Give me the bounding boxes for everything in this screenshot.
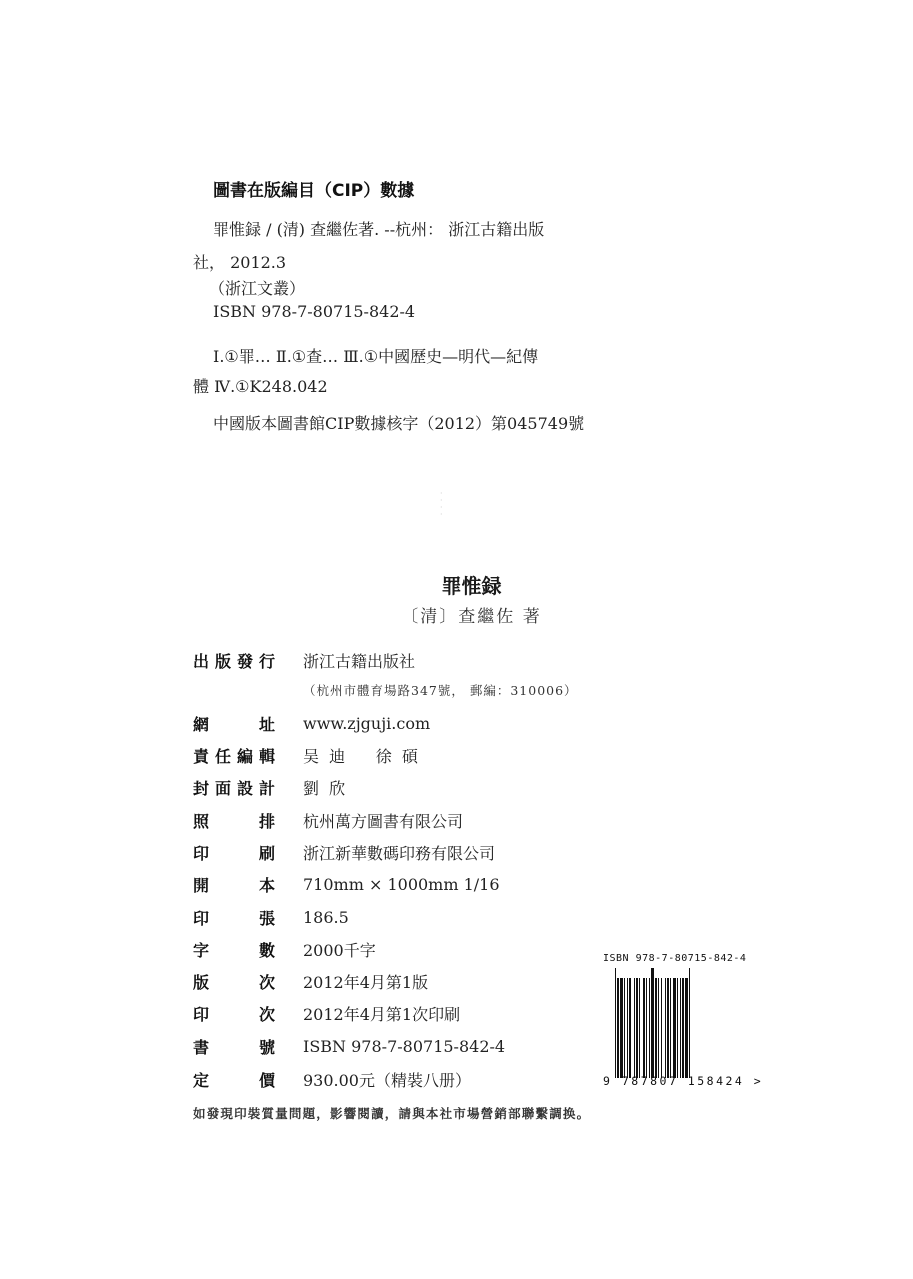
colophon-row: 印張186.5 [193,905,349,929]
cip-line: （浙江文叢） [209,276,305,299]
barcode-digits: 9 787807 158424 > [603,1074,768,1088]
row-label: 印次 [193,1002,275,1025]
row-label: 印刷 [193,841,275,864]
row-value: 930.00元（精裝八册） [303,1068,471,1091]
row-label: 定價 [193,1068,275,1091]
quality-notice: 如發現印裝質量問題，影響閱讀，請與本社市場營銷部聯繫調换。 [193,1104,590,1122]
row-label: 封面設計 [193,776,275,799]
row-value: 杭州萬方圖書有限公司 [303,809,463,832]
row-value: 浙江新華數碼印務有限公司 [303,841,495,864]
isbn-barcode: ISBN 978-7-80715-842-4 9 787807 158424 > [603,953,768,1088]
colophon-row: 印次2012年4月第1次印刷 [193,1001,460,1025]
row-value: 吴 迪 徐 碩 [303,744,418,767]
row-label: 版次 [193,970,275,993]
colophon-row: 照排杭州萬方圖書有限公司 [193,808,463,832]
row-value: 710mm × 1000mm 1/16 [303,875,500,894]
row-value: ISBN 978-7-80715-842-4 [303,1037,505,1056]
row-value: www.zjguji.com [303,714,430,733]
row-label: 書號 [193,1035,275,1058]
row-label: 責任編輯 [193,744,275,767]
book-title: 罪惟録 [0,570,913,599]
row-label: 開本 [193,873,275,896]
row-label: 網址 [193,712,275,735]
publisher-address: （杭州市體育場路347號， 郵編：310006） [303,681,578,699]
row-value: 186.5 [303,908,349,927]
colophon-row: 定價930.00元（精裝八册） [193,1067,471,1091]
cip-line: 社， 2012.3 [193,250,286,273]
cip-line: 體 Ⅳ.①K248.042 [193,374,328,397]
colophon-row: 字數2000千字 [193,937,376,961]
barcode-bars [603,968,768,1078]
cip-heading: 圖書在版編目（CIP）數據 [213,176,414,201]
colophon-row: 責任編輯吴 迪 徐 碩 [193,743,418,767]
colophon-row: 封面設計劉 欣 [193,775,345,799]
row-value: 2012年4月第1版 [303,970,428,993]
row-value: 2012年4月第1次印刷 [303,1002,460,1025]
cip-line: 罪惟録 / (清) 查繼佐著. --杭州： 浙江古籍出版 [213,217,544,240]
cip-line: 中國版本圖書館CIP數據核字（2012）第045749號 [213,411,584,434]
row-value: 劉 欣 [303,776,345,799]
cip-line: ISBN 978-7-80715-842-4 [213,302,415,321]
colophon-row: 開本710mm × 1000mm 1/16 [193,872,500,896]
colophon-row: 印刷浙江新華數碼印務有限公司 [193,840,495,864]
row-value: 2000千字 [303,938,376,961]
row-label: 出版發行 [193,649,275,672]
colophon-row: 書號ISBN 978-7-80715-842-4 [193,1034,505,1058]
cip-line: Ⅰ.①罪… Ⅱ.①查… Ⅲ.①中國歷史—明代—紀傳 [213,344,538,367]
book-author: 〔清〕查繼佐 著 [0,602,913,627]
row-label: 字數 [193,938,275,961]
row-label: 照排 [193,809,275,832]
colophon-row-publisher: 出版發行 浙江古籍出版社 [193,648,415,672]
colophon-row: 版次2012年4月第1版 [193,969,428,993]
row-value: 浙江古籍出版社 [303,649,415,672]
colophon-row: 網址www.zjguji.com [193,711,430,735]
barcode-isbn-text: ISBN 978-7-80715-842-4 [603,953,768,964]
row-label: 印張 [193,906,275,929]
scan-specks: ···· [440,490,443,518]
